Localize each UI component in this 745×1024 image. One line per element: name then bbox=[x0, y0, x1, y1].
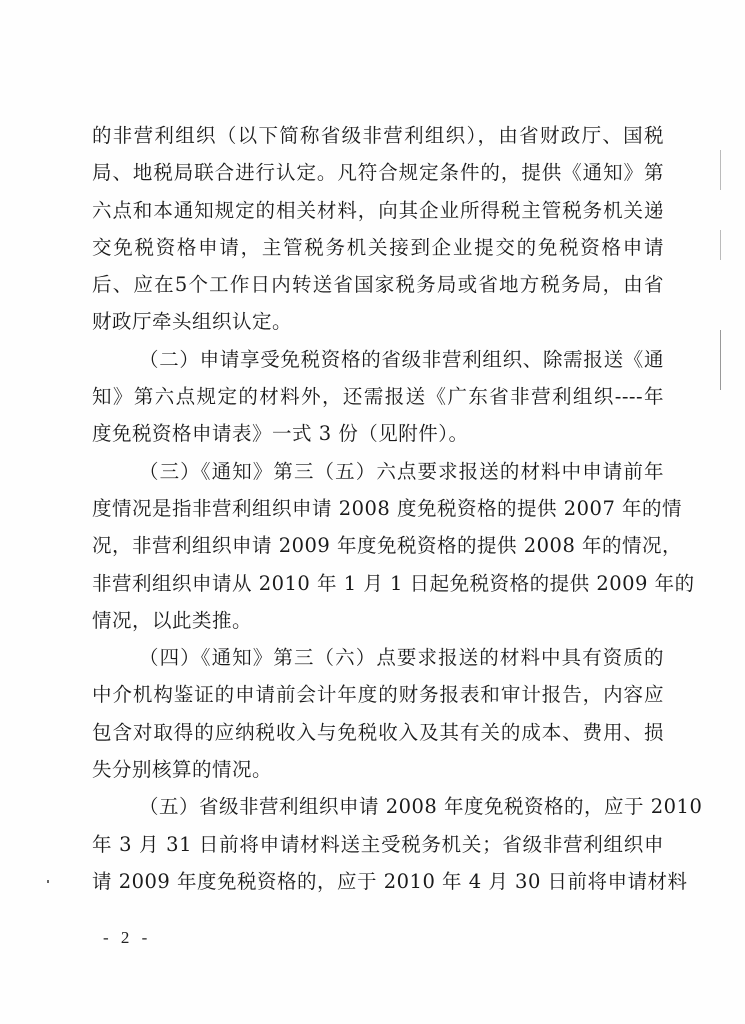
text-line: 后、应在5个工作日内转送省国家税务局或省地方税务局，由省 bbox=[92, 266, 664, 303]
text-line: 年 3 月 31 日前将申请材料送主受税务机关；省级非营利组织申 bbox=[92, 826, 664, 863]
scan-edge-mark bbox=[720, 330, 721, 390]
paragraph-item-4: （四）《通知》第三（六）点要求报送的材料中具有资质的 中介机构鉴证的申请前会计年… bbox=[92, 639, 664, 788]
text-line: （二）申请享受免税资格的省级非营利组织、除需报送《通 bbox=[92, 341, 664, 378]
text-line: 度免税资格申请表》一式 3 份（见附件）。 bbox=[92, 415, 664, 452]
text-line: 度情况是指非营利组织申请 2008 度免税资格的提供 2007 年的情 bbox=[92, 490, 664, 527]
text-line: 包含对取得的应纳税收入与免税收入及其有关的成本、费用、损 bbox=[92, 714, 664, 751]
text-line: 请 2009 年度免税资格的，应于 2010 年 4 月 30 日前将申请材料 bbox=[92, 863, 664, 900]
paragraph-continued: 的非营利组织（以下简称省级非营利组织），由省财政厅、国税 局、地税局联合进行认定… bbox=[92, 117, 664, 341]
text-line: 局、地税局联合进行认定。凡符合规定条件的，提供《通知》第 bbox=[92, 154, 664, 191]
text-line: （三）《通知》第三（五）六点要求报送的材料中申请前年 bbox=[92, 453, 664, 490]
text-line: 的非营利组织（以下简称省级非营利组织），由省财政厅、国税 bbox=[92, 117, 664, 154]
scan-speck bbox=[47, 880, 49, 883]
text-line: 六点和本通知规定的相关材料，向其企业所得税主管税务机关递 bbox=[92, 192, 664, 229]
paragraph-item-5: （五）省级非营利组织申请 2008 年度免税资格的，应于 2010 年 3 月 … bbox=[92, 788, 664, 900]
paragraph-item-3: （三）《通知》第三（五）六点要求报送的材料中申请前年 度情况是指非营利组织申请 … bbox=[92, 453, 664, 639]
text-line: 中介机构鉴证的申请前会计年度的财务报表和审计报告，内容应 bbox=[92, 676, 664, 713]
text-line: 财政厅牵头组织认定。 bbox=[92, 303, 664, 340]
text-line: 交免税资格申请，主管税务机关接到企业提交的免税资格申请 bbox=[92, 229, 664, 266]
page-number: - 2 - bbox=[103, 928, 151, 948]
text-line: 非营利组织申请从 2010 年 1 月 1 日起免税资格的提供 2009 年的 bbox=[92, 565, 664, 602]
text-line: 况，非营利组织申请 2009 年度免税资格的提供 2008 年的情况， bbox=[92, 527, 664, 564]
scan-edge-mark bbox=[720, 230, 721, 260]
text-line: 知》第六点规定的材料外，还需报送《广东省非营利组织----年 bbox=[92, 378, 664, 415]
document-page: 的非营利组织（以下简称省级非营利组织），由省财政厅、国税 局、地税局联合进行认定… bbox=[0, 0, 745, 1024]
document-body: 的非营利组织（以下简称省级非营利组织），由省财政厅、国税 局、地税局联合进行认定… bbox=[92, 117, 664, 900]
text-line: （四）《通知》第三（六）点要求报送的材料中具有资质的 bbox=[92, 639, 664, 676]
scan-edge-mark bbox=[720, 150, 721, 190]
paragraph-item-2: （二）申请享受免税资格的省级非营利组织、除需报送《通 知》第六点规定的材料外，还… bbox=[92, 341, 664, 453]
text-line: 失分别核算的情况。 bbox=[92, 751, 664, 788]
text-line: 情况，以此类推。 bbox=[92, 602, 664, 639]
text-line: （五）省级非营利组织申请 2008 年度免税资格的，应于 2010 bbox=[92, 788, 664, 825]
